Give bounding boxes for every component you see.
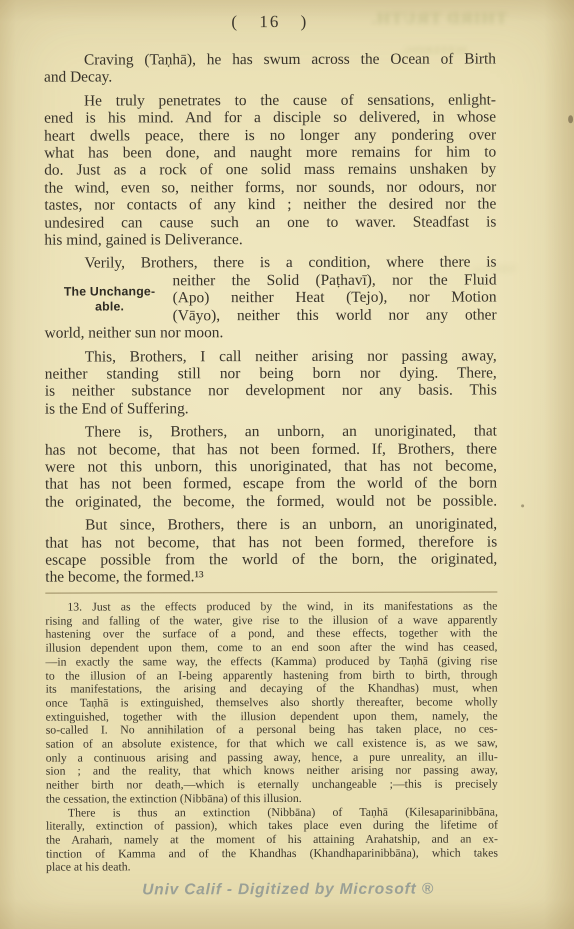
paragraph-the-unchangeable: The Unchange- able. Verily, Brothers, th…: [44, 254, 496, 342]
scan-speck: [521, 504, 524, 507]
footnote-line: tinction of Kamma and of the Khandhas (K…: [46, 846, 498, 861]
text-line: has not become, that has not been formed…: [45, 440, 497, 459]
side-heading-the-unchangeable: The Unchange- able.: [51, 285, 169, 314]
main-text-column: Craving (Taṇhā), he has swum across the …: [44, 50, 497, 592]
paragraph-this-brothers: This, Brothers, I call neither arising n…: [45, 347, 497, 418]
text-line: This, Brothers, I call neither arising n…: [45, 347, 497, 366]
text-line: his mind, gained is Deliverance.: [44, 231, 496, 250]
text-line: what has been done, and naught more rema…: [44, 143, 496, 162]
text-line: that has not become, that has not been f…: [45, 533, 497, 552]
side-heading-line: The Unchange-: [51, 285, 169, 300]
text-line: escape possible from the world of the bo…: [45, 550, 497, 569]
paragraph-craving: Craving (Taṇhā), he has swum across the …: [44, 50, 496, 86]
text-line: Verily, Brothers, there is a condition, …: [44, 254, 496, 273]
text-line: world, neither sun nor moon.: [45, 324, 497, 343]
text-line: tastes, nor contacts of any kind ; neith…: [44, 196, 496, 215]
text-line: ened is his mind. And for a disciple so …: [44, 109, 496, 128]
scanned-book-page: { "header": { "page_number": "( 16 )" },…: [0, 0, 574, 929]
text-line: Craving (Taṇhā), he has swum across the …: [44, 50, 496, 69]
footnote-column: 13. Just as the effects produced by the …: [45, 599, 498, 874]
text-line: heart dwells peace, there is no longer a…: [44, 126, 496, 145]
text-line: undesired can cause such an one to waver…: [44, 213, 496, 232]
page-content: THIRD TRUTH. SUFFERING. Nibbāna ( 16 ) C…: [0, 0, 574, 929]
footnote-line: place at his death.: [46, 860, 498, 875]
text-line: is the End of Suffering.: [45, 399, 497, 418]
text-line: (Vāyo), neither this world nor any other: [173, 306, 497, 324]
indented-text-block: neither the Solid (Paṭhavī), nor the Flu…: [172, 271, 496, 324]
text-line: neither standing still nor being born no…: [45, 364, 497, 383]
scan-speck: [568, 115, 573, 123]
paragraph-but-since-brothers: But since, Brothers, there is an unborn,…: [45, 516, 497, 587]
digitization-watermark: Univ Calif - Digitized by Microsoft ®: [1, 880, 574, 900]
text-line: There is, Brothers, an unborn, an unorig…: [45, 423, 497, 442]
footnote-13-paragraph-1: 13. Just as the effects produced by the …: [45, 599, 498, 806]
side-heading-line: able.: [51, 299, 169, 314]
text-line: neither the Solid (Paṭhavī), nor the Flu…: [172, 271, 496, 289]
paragraph-he-truly-penetrates: He truly penetrates to the cause of sens…: [44, 91, 496, 249]
text-line: is neither substance nor development nor…: [45, 382, 497, 401]
text-line: were not this unborn, this unoriginated,…: [45, 457, 497, 476]
text-line: that has not been formed, escape from th…: [45, 475, 497, 494]
text-line: do. Just as a rock of one solid mass rem…: [44, 161, 496, 180]
text-line: the become, the formed.¹³: [45, 568, 497, 587]
page-number: ( 16 ): [44, 11, 496, 32]
text-line: But since, Brothers, there is an unborn,…: [45, 516, 497, 535]
text-line: the originated, the become, the formed, …: [45, 492, 497, 511]
text-line: and Decay.: [44, 68, 496, 87]
footnote-separator-rule: [45, 591, 497, 593]
text-line: (Apo) neither Heat (Tejo), nor Motion: [173, 289, 497, 307]
paragraph-there-is-brothers: There is, Brothers, an unborn, an unorig…: [45, 423, 497, 511]
footnote-13-paragraph-2: There is thus an extinction (Nibbāna) of…: [46, 805, 498, 875]
text-line: He truly penetrates to the cause of sens…: [44, 91, 496, 110]
text-line: the wind, even so, neither forms, nor so…: [44, 178, 496, 197]
